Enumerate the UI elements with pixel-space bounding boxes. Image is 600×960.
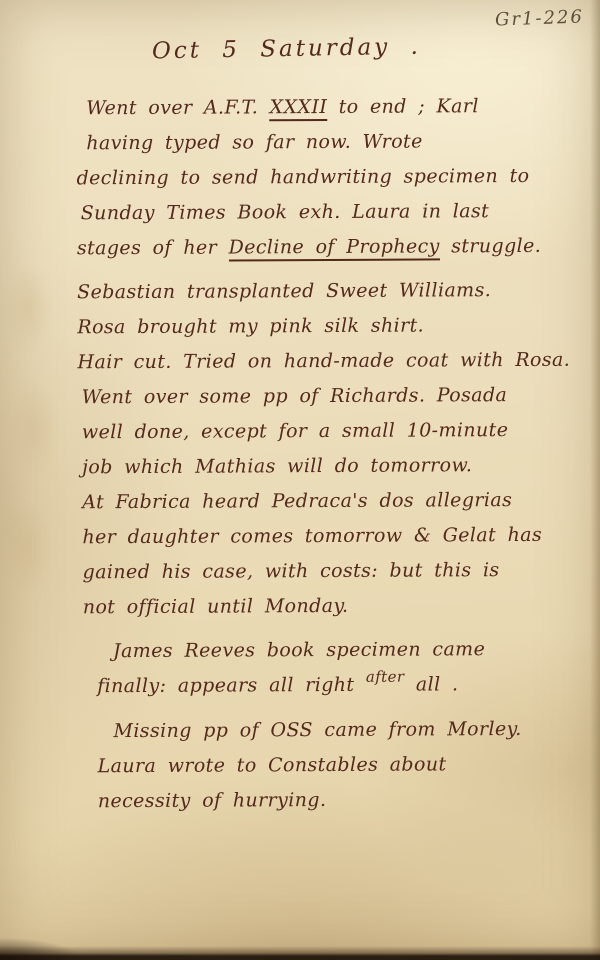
manuscript-line: well done, except for a small 10-minute (82, 413, 574, 451)
manuscript-line: Sunday Times Book exh. Laura in last (81, 194, 573, 232)
manuscript-line: Missing pp of OSS came from Morley. (113, 712, 575, 749)
manuscript-line: her daughter comes tomorrow & Gelat has (82, 518, 574, 556)
inserted-word: after (366, 668, 405, 686)
scan-edge-right (590, 0, 600, 960)
manuscript-line: Hair cut. Tried on hand-made coat with R… (77, 343, 573, 381)
manuscript-line: job which Mathias will do tomorrow. (82, 448, 574, 486)
text-segment: finally: appears all right (97, 674, 366, 697)
manuscript-line: gained his case, with costs: but this is (83, 553, 575, 591)
manuscript-line: Sebastian transplanted Sweet Williams. (77, 273, 573, 311)
text-segment: Went over A.F.T. (86, 96, 270, 119)
manuscript-line: necessity of hurrying. (98, 782, 576, 820)
entry-heading: Oct 5 Saturday . (152, 34, 421, 65)
text-segment: all . (404, 673, 458, 695)
text-segment: stages of her (77, 237, 229, 260)
manuscript-line: Went over A.F.T. XXXII to end ; Karl (86, 89, 572, 127)
manuscript-line: Went over some pp of Richards. Posada (82, 378, 574, 416)
scan-edge-bottom (0, 946, 600, 960)
manuscript-line: Rosa brought my pink silk shirt. (77, 308, 573, 346)
manuscript-line: James Reeves book specimen came (113, 632, 575, 669)
manuscript-line: not official until Monday. (83, 588, 575, 626)
underlined-text: Decline of Prophecy (228, 235, 439, 261)
text-segment: struggle. (440, 235, 542, 258)
archive-mark: Gr1-226 (495, 6, 585, 30)
underlined-text: XXXII (270, 96, 328, 121)
text-segment: to end ; Karl (327, 95, 479, 118)
manuscript-line: declining to send handwriting specimen t… (76, 159, 572, 197)
manuscript-page: Gr1-226 Oct 5 Saturday . Went over A.F.T… (0, 0, 600, 960)
manuscript-line: Laura wrote to Constables about (98, 747, 576, 785)
manuscript-line: stages of her Decline of Prophecy strugg… (77, 229, 573, 267)
entry-body: Went over A.F.T. XXXII to end ; Karl hav… (80, 89, 576, 820)
manuscript-line: finally: appears all right after all . (97, 667, 575, 706)
manuscript-line: having typed so far now. Wrote (86, 124, 572, 162)
manuscript-line: At Fabrica heard Pedraca's dos allegrias (82, 483, 574, 521)
